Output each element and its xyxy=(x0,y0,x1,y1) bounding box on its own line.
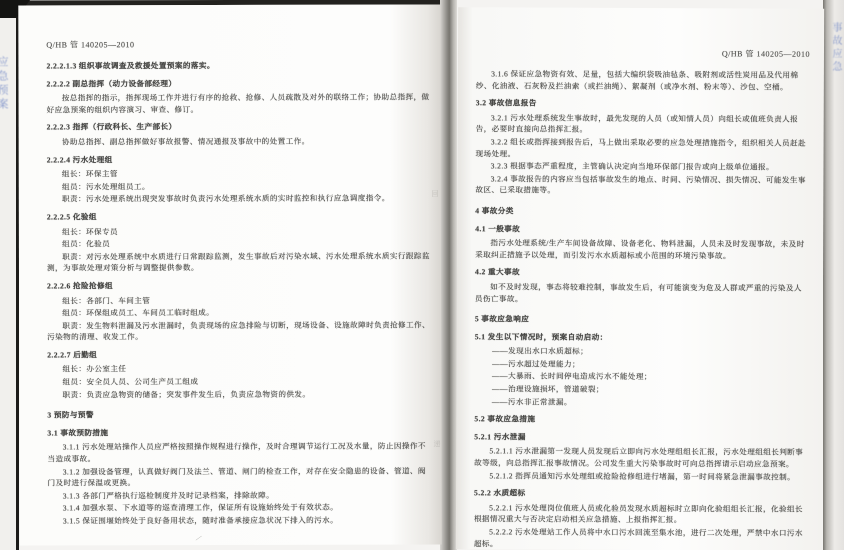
text-line: 4.1 一般事故 xyxy=(475,223,809,236)
text-line: 职责：对污水处理系统中水质进行日常跟踪监测，发生事故后对污染水域、污水处理系统水… xyxy=(47,250,431,274)
text-line: 2.2.2.7 后勤组 xyxy=(47,348,431,361)
left-page-body: 2.2.2.1.3 组织事故调查及救援处置预案的落实。2.2.2.2 副总指挥（… xyxy=(46,59,431,527)
text-line: 3.1.6 保证应急物资有效、足量，包括大编织袋吸油毡条、吸附剂或活性炭用品及代… xyxy=(476,68,810,93)
text-line: 2.2.2.6 抢险抢修组 xyxy=(47,279,431,292)
scanned-document-spread: 应急预案 事故应急 Q/HB 管 140205—2010 2.2.2.1.3 组… xyxy=(0,0,844,550)
text-line: 指污水处理系统/生产车间设备故障、设备老化、物料泄漏，人员未及时发现事故，未及时… xyxy=(475,237,809,262)
text-line: 组长：环保专员 xyxy=(47,225,431,238)
text-line: 5 事故应急响应 xyxy=(475,313,809,326)
text-line: 职责：污水处理系统出现突发事故时负责污水处理系统水质的实时监控和执行应急调度指令… xyxy=(47,193,431,206)
right-page: Q/HB 管 140205—2010 3.1.6 保证应急物资有效、足量，包括大… xyxy=(456,7,824,550)
text-line: ——污水非正常泄漏。 xyxy=(492,396,809,409)
right-page-body: 3.1.6 保证应急物资有效、足量，包括大编织袋吸油毡条、吸附剂或活性炭用品及代… xyxy=(474,68,810,550)
text-line: 组长：办公室主任 xyxy=(47,363,431,376)
text-line: 5.2.1.2 指挥员通知污水处理组或抢险抢修组进行堵漏，第一时间将紧急泄漏事故… xyxy=(474,470,808,483)
text-line: 组员：环保组成员工、车间员工临时组成。 xyxy=(47,307,431,320)
left-edge-stamp-text: 应急预案 xyxy=(0,56,10,112)
left-page: Q/HB 管 140205—2010 2.2.2.1.3 组织事故调查及救援处置… xyxy=(18,4,441,545)
text-line: 5.2.2 水质超标 xyxy=(474,487,808,500)
text-line: 5.1 发生以下情况时，预案自动启动： xyxy=(475,331,809,344)
text-line: 3.1 事故预防措施 xyxy=(47,426,431,439)
text-line: 组长：各部门、车间主管 xyxy=(47,294,431,307)
text-line: 2.2.2.2 副总指挥（动力设备部经理） xyxy=(46,77,430,90)
text-line: 5.2.2.1 污水处理岗位值班人员或化验员发现水质超标时立即向化验组组长汇报，… xyxy=(474,502,808,527)
text-line: 3.1.2 加强设备管理，认真做好阀门及法兰、管道、闸门的检查工作，对存在安全隐… xyxy=(47,465,431,489)
text-line: 3.2.1 污水处理系统发生事故时，最先发现的人员（或知情人员）向组长或值班负责… xyxy=(476,112,810,137)
text-line: ——治理设施损坏，管道破裂； xyxy=(492,383,809,396)
text-line: 2.2.2.3 指挥（行政科长、生产部长） xyxy=(47,121,431,134)
text-line: ——大暴雨、长时间停电造成污水不能处理； xyxy=(492,371,809,384)
text-line: 组长：环保主管 xyxy=(47,168,431,181)
text-line: 职责：发生物料泄漏及污水泄漏时，负责现场的应急排险与切断，现场设备、设施故障时负… xyxy=(47,319,431,343)
standard-number-header: Q/HB 管 140205—2010 xyxy=(476,47,810,59)
text-line: 组员：污水处理组员工。 xyxy=(47,180,431,193)
text-line: 3.2 事故信息报告 xyxy=(476,97,810,110)
text-line: 按总指挥的指示，指挥现场工作并进行有序的抢救、抢修、人员疏散及对外的联络工作；协… xyxy=(47,92,431,116)
text-line: 组员：安全员人员、公司生产员工组成 xyxy=(47,376,431,389)
next-page-sliver xyxy=(823,0,844,550)
text-line: 3.1.4 加强水泵、下水道等的巡查清理工作，保证所有设施始终处于有效状态。 xyxy=(48,502,432,515)
text-line: 2.2.2.5 化验组 xyxy=(47,210,431,223)
text-line: 3.1.3 各部门严格执行巡检制度并及时记录档案，排除故障。 xyxy=(48,489,432,502)
text-line: 职责：负责应急物资的储备；突发事件发生后，负责应急物资的供发。 xyxy=(47,388,431,401)
standard-number-header: Q/HB 管 140205—2010 xyxy=(46,38,430,50)
text-line: 如不及时发现，事态将较难控制，事故发生后，有可能演变为危及人群或严重的污染及人员… xyxy=(475,281,809,306)
text-line: 3.2.3 根据事态严重程度，主管确认决定向当地环保部门报告或向上级单位通报。 xyxy=(475,160,809,173)
text-line: 4.2 重大事故 xyxy=(475,267,809,280)
text-line: 3.2.4 事故报告的内容应当包括事故发生的地点、时间、污染情况、损失情况、可能… xyxy=(475,173,809,198)
text-line: 5.2.1.1 污水泄漏第一发现人员发现后立即向污水处理组组长汇报，污水处理组组… xyxy=(474,446,808,471)
text-line: 3.1.1 污水处理站操作人员应严格按照操作规程进行操作，及时合理调节运行工况及… xyxy=(47,441,431,465)
text-line: 3.2.2 组长或指挥接到报告后，马上做出采取必要的应急处理措施指令，组织相关人… xyxy=(476,136,810,161)
text-line: 3 预防与预警 xyxy=(47,409,431,422)
text-line: ——污水超过处理能力； xyxy=(492,358,809,371)
text-line: 5.2 事故应急措施 xyxy=(474,414,808,427)
right-edge-stamp-text: 事故应急 xyxy=(828,22,843,74)
text-line: 5.2.1 污水泄漏 xyxy=(474,431,808,444)
text-line: 2.2.2.4 污水处理组 xyxy=(47,153,431,166)
text-line: ——发现出水口水质超标； xyxy=(492,346,809,359)
ink-bleed-artifact: 递 xyxy=(432,440,442,453)
book-gutter-shadow xyxy=(440,0,457,550)
text-line: 3.1.5 保证围堰始终处于良好备用状态，随时准备承接应急状况下排入的污水。 xyxy=(48,514,432,527)
text-line: 2.2.2.1.3 组织事故调查及救援处置预案的落实。 xyxy=(46,59,430,72)
ink-bleed-artifact: 回 xyxy=(430,190,440,203)
text-line: 协助总指挥、副总指挥做好事故报警、情况通报及事故中的处置工作。 xyxy=(47,135,431,148)
text-line: 5.2.2.2 污水处理站工作人员将中水口污水回流至集水池，进行二次处理，严禁中… xyxy=(474,526,808,550)
text-line: 4 事故分类 xyxy=(475,205,809,218)
text-line: 组员：化验员 xyxy=(47,238,431,251)
